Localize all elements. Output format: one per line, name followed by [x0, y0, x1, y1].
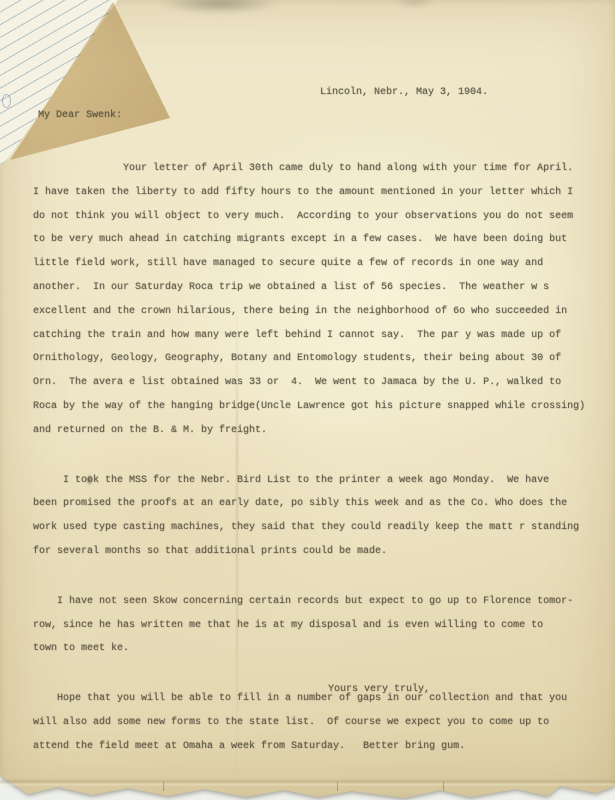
paragraph: I took the MSS for the Nebr. Bird List t… — [33, 469, 585, 564]
letter-body: Your letter of April 30th came duly to h… — [33, 135, 585, 785]
paragraph: I have not seen Skow concerning certain … — [33, 590, 585, 661]
closing: Yours very truly, — [328, 684, 430, 695]
paragraph: Your letter of April 30th came duly to h… — [33, 157, 585, 443]
scanned-letter: Lincoln, Nebr., May 3, 1904. My Dear Swe… — [0, 0, 615, 800]
paragraph: Hope that you will be able to fill in a … — [33, 687, 585, 758]
pencil-mark — [2, 94, 11, 108]
dateline: Lincoln, Nebr., May 3, 1904. — [320, 87, 488, 98]
smudge-mark — [392, 0, 436, 8]
smudge-mark — [158, 0, 280, 14]
salutation: My Dear Swenk: — [38, 110, 122, 121]
